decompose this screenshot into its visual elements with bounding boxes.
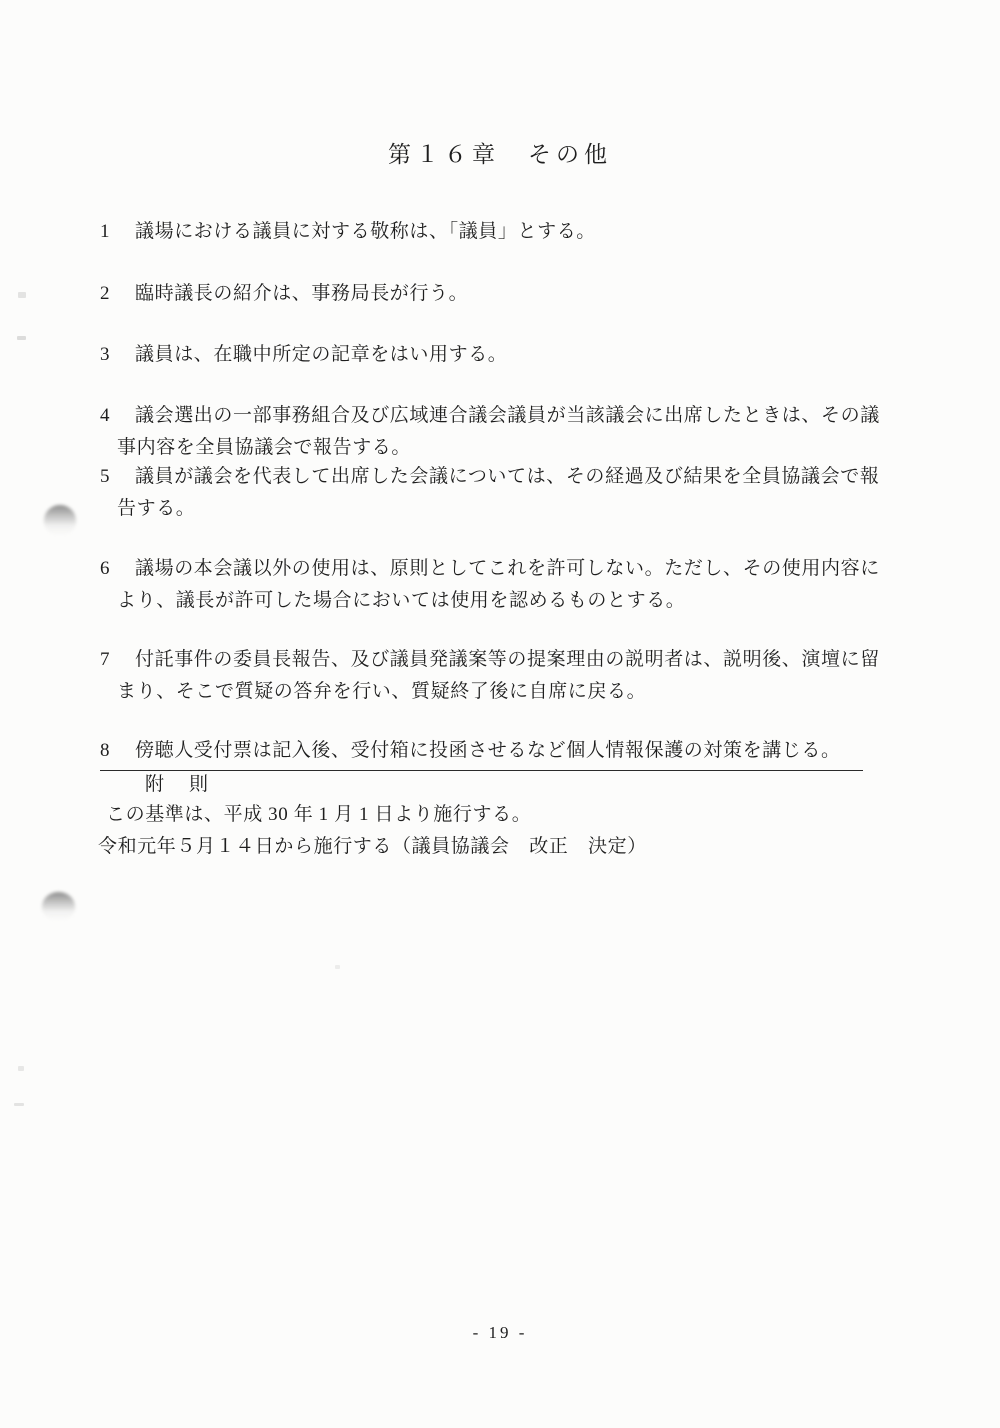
list-item: 4議会選出の一部事務組合及び広域連合議会議員が当該議会に出席したときは、その議事… [117,400,889,464]
item-text: 議会選出の一部事務組合及び広域連合議会議員が当該議会に出席したときは、その議事内… [117,405,880,458]
list-item: 5議員が議会を代表して出席した会議については、その経過及び結果を全員協議会で報告… [117,461,889,525]
page-number: - 19 - [0,1323,1000,1343]
item-number: 5 [100,461,135,493]
scan-artifact [18,292,26,298]
scan-artifact [17,336,26,340]
list-item-underlined: 8傍聴人受付票は記入後、受付箱に投函させるなど個人情報保護の対策を講じる。 [100,735,863,771]
item-text: 臨時議長の紹介は、事務局長が行う。 [135,283,468,304]
item-number: 6 [100,553,135,585]
punch-hole-shadow-bottom [42,892,75,921]
list-item: 3議員は、在職中所定の記章をはい用する。 [117,339,889,371]
list-item: 7付託事件の委員長報告、及び議員発議案等の提案理由の説明者は、説明後、演壇に留ま… [117,644,889,708]
item-text: 議員は、在職中所定の記章をはい用する。 [135,344,507,365]
item-text: 議員が議会を代表して出席した会議については、その経過及び結果を全員協議会で報告す… [117,466,879,519]
item-text: 議場における議員に対する敬称は、「議員」とする。 [135,221,596,242]
item-number: 4 [100,400,135,432]
appendix-line: この基準は、平成 30 年 1 月 1 日より施行する。 [106,799,531,831]
scanned-document-page: 第１６章 その他 1議場における議員に対する敬称は、「議員」とする。 2臨時議長… [0,0,1000,1428]
list-item: 2臨時議長の紹介は、事務局長が行う。 [117,278,889,310]
punch-hole-shadow-top [44,505,76,536]
scan-artifact [18,1066,24,1071]
item-number: 7 [100,644,135,676]
appendix-line: 令和元年５月１４日から施行する（議員協議会 改正 決定） [98,831,647,863]
scan-artifact [335,965,340,969]
item-number: 8 [100,735,135,767]
chapter-title: 第１６章 その他 [0,136,1000,169]
appendix-heading: 附 則 [145,769,211,801]
item-number: 3 [100,339,135,371]
item-text: 傍聴人受付票は記入後、受付箱に投函させるなど個人情報保護の対策を講じる。 [135,740,841,761]
item-text: 議場の本会議以外の使用は、原則としてこれを許可しない。ただし、その使用内容により… [117,558,880,611]
item-number: 2 [100,278,135,310]
scan-artifact [14,1103,24,1106]
item-number: 1 [100,216,135,248]
list-item: 1議場における議員に対する敬称は、「議員」とする。 [117,216,889,248]
list-item: 6議場の本会議以外の使用は、原則としてこれを許可しない。ただし、その使用内容によ… [117,553,889,617]
item-text: 付託事件の委員長報告、及び議員発議案等の提案理由の説明者は、説明後、演壇に留まり… [117,649,880,702]
